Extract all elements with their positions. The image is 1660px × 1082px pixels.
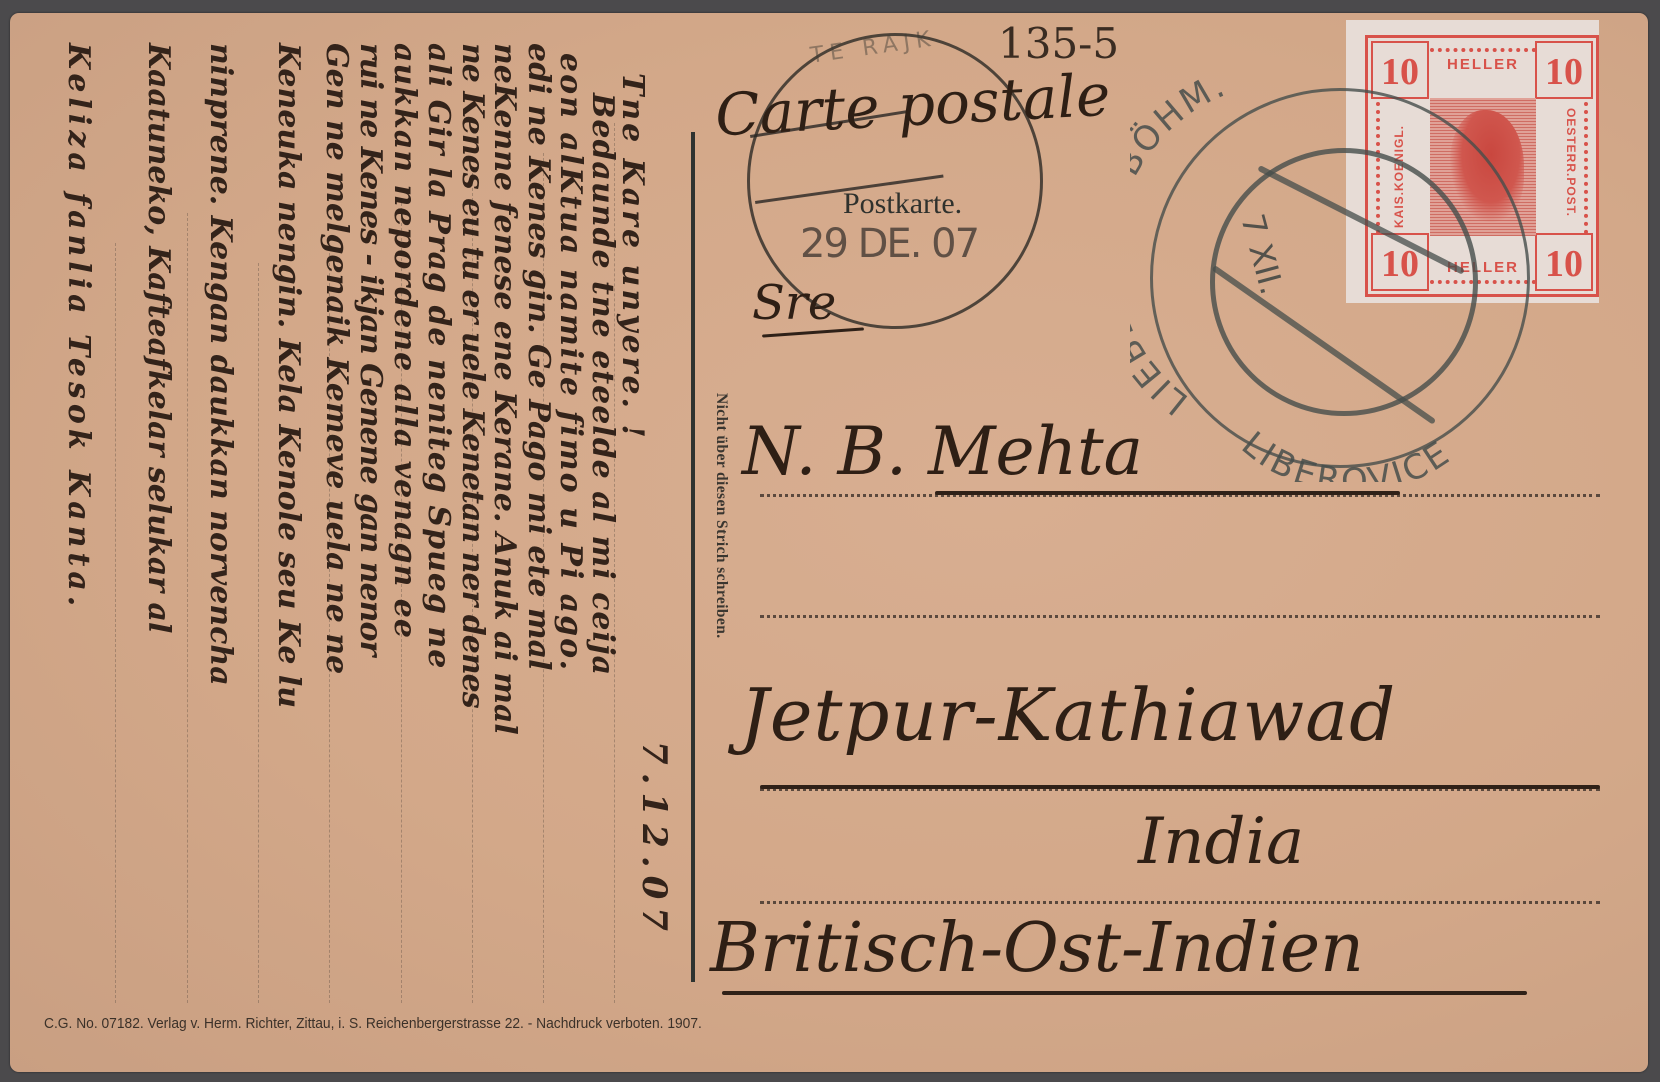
message-line: Bedaunde tne eteelde al mi ceija bbox=[585, 93, 620, 676]
address-line-2 bbox=[760, 615, 1600, 618]
carte-postale-title: Carte postale bbox=[713, 61, 1111, 150]
stamp-right-text: OESTERR.POST. bbox=[1564, 108, 1578, 217]
message-line: aukkan nepordene alla venagn ee bbox=[387, 43, 422, 639]
city-underline bbox=[760, 785, 1600, 789]
guide-line bbox=[187, 213, 188, 1003]
stamp-perf-col bbox=[1578, 102, 1588, 234]
address-country: India bbox=[1138, 805, 1304, 879]
message-line: Kaatuneko, Kafteafkelar selukar al bbox=[141, 43, 176, 633]
postkarte-label: Postkarte. bbox=[843, 187, 962, 221]
message-line: rui ne Kenes - ikjan Genene gan nenor bbox=[353, 43, 388, 655]
message-line: ninprene. Kengan daukkan norvencha bbox=[203, 43, 238, 686]
svg-text:LIBEROVICE: LIBEROVICE bbox=[1234, 424, 1459, 482]
message-line: ne Kenes eu tu er uele Kenetan ner denes bbox=[455, 43, 490, 708]
address-line-4 bbox=[760, 901, 1600, 904]
publisher-imprint: C.G. No. 07182. Verlag v. Herm. Richter,… bbox=[44, 1015, 702, 1032]
message-line: eon alKtua namite fimo u Pi ago. bbox=[553, 53, 588, 672]
message-date: 7.12.07 bbox=[634, 741, 674, 939]
stamp-perf-row bbox=[1430, 42, 1536, 52]
cancellation-top-arc-text: LIEBENAU i. BÖHM. bbox=[1130, 68, 1233, 422]
salutation: Sre bbox=[752, 275, 836, 331]
svg-text:LIEBENAU i. BÖHM.: LIEBENAU i. BÖHM. bbox=[1130, 68, 1233, 422]
guide-line bbox=[258, 263, 259, 1003]
message-line: Tne Kare unyere. ! bbox=[615, 73, 650, 441]
message-line: ali Gir la Prag de neniteg Spueg ne bbox=[421, 43, 456, 669]
cancellation-text: LIEBENAU i. BÖHM. LIBEROVICE bbox=[1130, 68, 1544, 482]
message-line: Keneuka nengin. Kela Kenole seu Ke lu bbox=[271, 43, 306, 708]
message-line: Keliza fanlia Tesok Kanta. bbox=[61, 43, 96, 611]
divider-line bbox=[691, 132, 695, 982]
message-line: neKenne fenese ene Kerane. Anuk ai mal bbox=[487, 43, 522, 735]
divider-note: Nicht über diesen Strich schreiben. bbox=[712, 393, 730, 639]
region-underline bbox=[722, 991, 1527, 995]
recipient-underline bbox=[935, 491, 1400, 495]
message-line: edi ne Kenes gin. Ge Pago mi ete mal bbox=[521, 43, 556, 670]
recipient-name: N. B. Mehta bbox=[742, 413, 1143, 490]
message-line: Gen ne melgenaik Kemeve uela ne ne bbox=[319, 43, 354, 674]
address-city: Jetpur-Kathiawad bbox=[740, 673, 1396, 757]
guide-line bbox=[115, 243, 116, 1003]
postmark-date: 29 DE. 07 bbox=[800, 221, 978, 267]
address-region: Britisch-Ost-Indien bbox=[710, 909, 1364, 988]
cancellation-bottom-arc-text: LIBEROVICE bbox=[1234, 424, 1459, 482]
